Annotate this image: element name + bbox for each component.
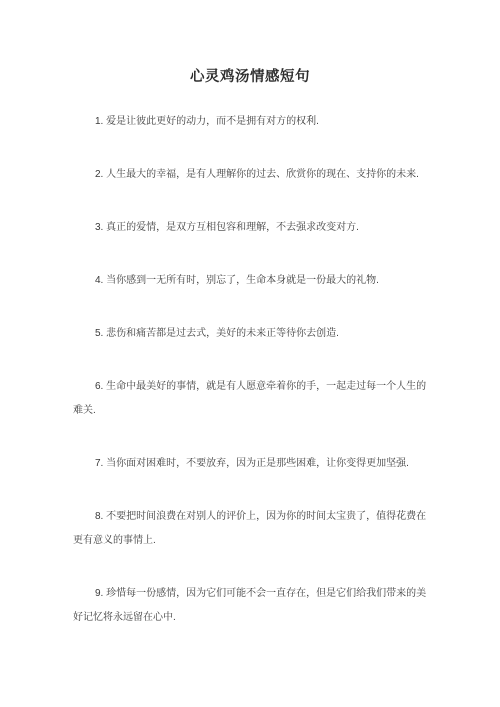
document-body: 1. 爱是让彼此更好的动力，而不是拥有对方的权利. 2. 人生最大的幸福，是有人…: [0, 110, 500, 630]
page-title: 心灵鸡汤情感短句: [0, 0, 500, 88]
list-item-7: 7. 当你面对困难时，不要放弃，因为正是那些困难，让你变得更加坚强.: [73, 452, 435, 476]
list-item-5: 5. 悲伤和痛苦都是过去式，美好的未来正等待你去创造.: [73, 322, 435, 346]
list-item-9: 9. 珍惜每一份感情，因为它们可能不会一直存在，但是它们给我们带来的美好记忆将永…: [73, 582, 435, 630]
list-item-1: 1. 爱是让彼此更好的动力，而不是拥有对方的权利.: [73, 110, 435, 134]
list-item-6: 6. 生命中最美好的事情，就是有人愿意牵着你的手，一起走过每一个人生的难关.: [73, 375, 435, 423]
list-item-4: 4. 当你感到一无所有时，别忘了，生命本身就是一份最大的礼物.: [73, 269, 435, 293]
document-page: 心灵鸡汤情感短句 1. 爱是让彼此更好的动力，而不是拥有对方的权利. 2. 人生…: [0, 0, 500, 707]
list-item-8: 8. 不要把时间浪费在对别人的评价上，因为你的时间太宝贵了，值得花费在更有意义的…: [73, 505, 435, 553]
list-item-3: 3. 真正的爱情，是双方互相包容和理解，不去强求改变对方.: [73, 216, 435, 240]
list-item-2: 2. 人生最大的幸福，是有人理解你的过去、欣赏你的现在、支持你的未来.: [73, 163, 435, 187]
